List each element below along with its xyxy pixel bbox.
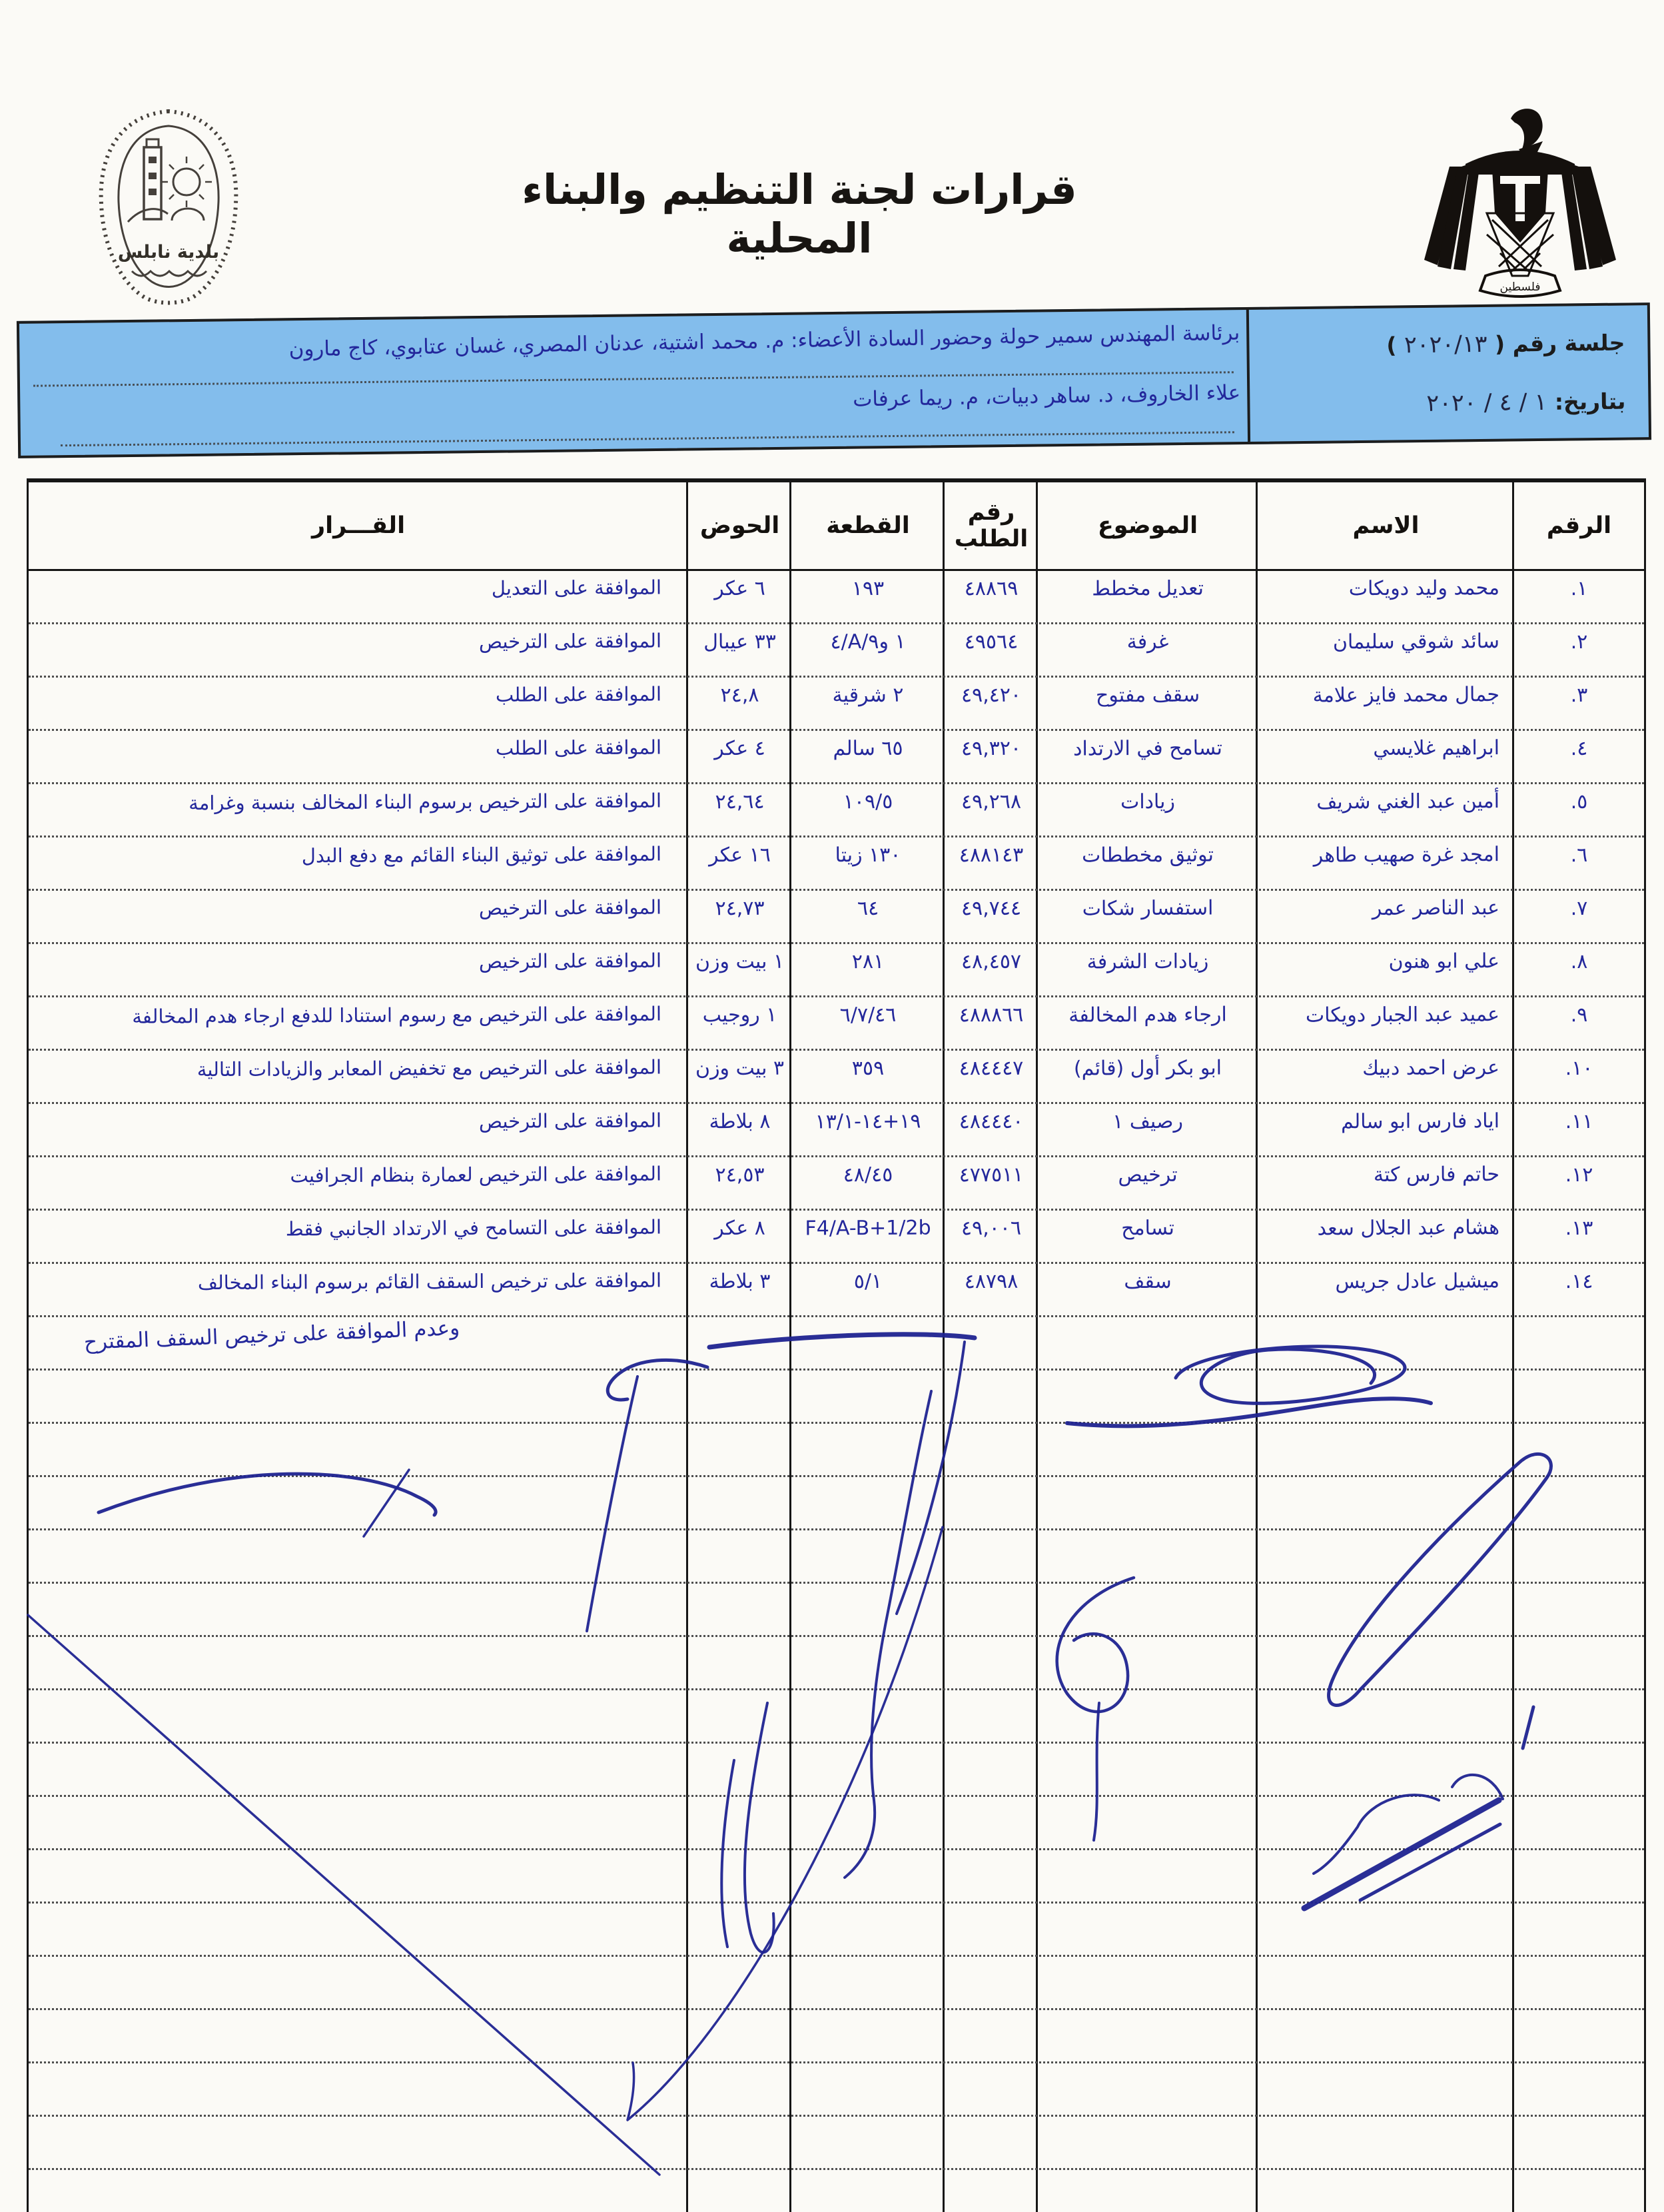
- cell-request_no: ٤٩,٣٢٠: [945, 729, 1038, 762]
- cell-num: ١٢.: [1514, 1155, 1644, 1187]
- table-row: ١٢.حاتم فارس كتةترخيص٤٧٧٥١١٤٨/٤٥٢٤,٥٣الم…: [29, 1155, 1644, 1211]
- cell-name: اياد فارس ابو سالم: [1243, 1101, 1514, 1135]
- table-row: ٩.عميد عبد الجبار دويكاتارجاء هدم المخال…: [29, 995, 1644, 1051]
- table-row: ١.محمد وليد دويكاتتعديل مخطط٤٨٨٦٩١٩٣٦ عك…: [29, 569, 1644, 624]
- cell-name: عرض احمد دبيك: [1243, 1048, 1514, 1081]
- ruled-dotline: [29, 2061, 1644, 2063]
- cell-name: ميشيل عادل جريس: [1243, 1261, 1514, 1295]
- band-divider: [1246, 310, 1250, 442]
- palestine-eagle-emblem: فلسطين: [1387, 99, 1653, 298]
- cell-request_no: ٤٨٨٨٦٦: [945, 995, 1038, 1028]
- ruled-dotline: [29, 1795, 1644, 1797]
- cell-num: ٨.: [1514, 941, 1644, 974]
- cell-subject: ترخيص: [1038, 1155, 1258, 1188]
- cell-plot: ٥/١: [791, 1261, 945, 1294]
- cell-subject: سقف: [1038, 1261, 1258, 1295]
- cell-decision: الموافقة على الطلب: [2, 727, 688, 762]
- cell-num: ١١.: [1514, 1101, 1644, 1134]
- eagle-icon: فلسطين: [1387, 99, 1653, 298]
- cell-request_no: ٤٩٥٦٤: [945, 622, 1038, 655]
- municipality-stamp-icon: بلدية نابلس: [79, 100, 258, 313]
- cell-basin: ١ بيت وزن: [688, 942, 791, 975]
- cell-num: ٦.: [1514, 835, 1644, 867]
- cell-request_no: ٤٨٤٤٤٠: [945, 1102, 1038, 1135]
- cell-name: جمال محمد فايز علامة: [1243, 675, 1514, 708]
- ruled-dotline: [29, 1902, 1644, 1904]
- cell-subject: استفسار شكات: [1038, 888, 1258, 921]
- cell-basin: ٦ عكر: [688, 569, 791, 602]
- table-row: ٣.جمال محمد فايز علامةسقف مفتوح٤٩,٤٢٠٢ ش…: [29, 676, 1644, 731]
- cell-plot: ٢٨١: [791, 941, 945, 974]
- cell-name: هشام عبد الجلال سعد: [1243, 1208, 1514, 1241]
- cell-decision: الموافقة على الترخيص مع رسوم استنادا للد…: [2, 993, 688, 1029]
- cell-num: ١٠.: [1514, 1048, 1644, 1081]
- cell-name: محمد وليد دويكات: [1243, 568, 1514, 602]
- cell-request_no: ٤٨٨٦٩: [945, 569, 1038, 602]
- cell-subject: تسامح: [1038, 1208, 1258, 1241]
- cell-basin: ٣٣ عيبال: [688, 622, 791, 655]
- cell-name: أمين عبد الغني شريف: [1243, 782, 1514, 815]
- table-row: ١٤.ميشيل عادل جريسسقف٤٨٧٩٨٥/١٣ بلاطةالمو…: [29, 1262, 1644, 1317]
- ruled-dotline: [29, 1688, 1644, 1690]
- cell-basin: ١٦ عكر: [688, 835, 791, 868]
- cell-decision: الموافقة على الترخيص برسوم البناء المخال…: [2, 780, 688, 816]
- ruled-dotline: [29, 1848, 1644, 1850]
- cell-plot: ٤٨/٤٥: [791, 1155, 945, 1187]
- cell-name: ابراهيم غلايسي: [1243, 728, 1514, 762]
- ruled-dotline: [29, 2008, 1644, 2010]
- cell-subject: تعديل مخطط: [1038, 568, 1258, 602]
- cell-decision: الموافقة على الترخيص لعمارة بنظام الجراف…: [2, 1153, 688, 1189]
- cell-request_no: ٤٩,٤٢٠: [945, 676, 1038, 708]
- cell-subject: تسامح في الارتداد: [1038, 728, 1258, 762]
- ruled-dotline: [29, 1742, 1644, 1744]
- cell-subject: ابو بكر أول (قائم): [1038, 1048, 1258, 1081]
- cell-basin: ٨ عكر: [688, 1209, 791, 1241]
- cell-decision: الموافقة على التعديل: [2, 567, 688, 602]
- scanned-document-page: بلدية نابلس قرارات لجنة التنظيم والبناء …: [0, 0, 1664, 2212]
- cell-basin: ٢٤,٧٣: [688, 889, 791, 921]
- cell-request_no: ٤٨٨١٤٣: [945, 835, 1038, 868]
- cell-request_no: ٤٩,٠٠٦: [945, 1209, 1038, 1241]
- cell-name: علي ابو هنون: [1243, 941, 1514, 975]
- ruled-dotline: [29, 1582, 1644, 1584]
- ruled-dotline: [29, 2115, 1644, 2117]
- cell-num: ٤.: [1514, 728, 1644, 761]
- cell-num: ٣.: [1514, 675, 1644, 708]
- cell-basin: ١ روجيب: [688, 995, 791, 1028]
- session-number-value: ٢٠٢٠/١٣: [1404, 331, 1487, 358]
- cell-request_no: ٤٨,٤٥٧: [945, 942, 1038, 975]
- attendees-line-2: علاء الخاروف، د. ساهر دبيات، م. ريما عرف…: [24, 381, 1240, 426]
- cell-plot: ٢ شرقية: [791, 675, 945, 708]
- eagle-caption: فلسطين: [1500, 280, 1541, 294]
- session-info: جلسة رقم ( ٢٠٢٠/١٣ ) بتاريخ: ١ / ٤ / ٢٠٢…: [1250, 305, 1649, 442]
- cell-plot: ٦٤: [791, 888, 945, 921]
- cell-num: ١٤.: [1514, 1261, 1644, 1294]
- table-row: ٨.علي ابو هنونزيادات الشرفة٤٨,٤٥٧٢٨١١ بي…: [29, 942, 1644, 997]
- cell-basin: ٨ بلاطة: [688, 1102, 791, 1135]
- cell-name: حاتم فارس كتة: [1243, 1155, 1514, 1188]
- cell-decision: الموافقة على التسامح في الارتداد الجانبي…: [2, 1207, 688, 1242]
- ruled-dotline: [29, 1528, 1644, 1530]
- header-name: الاسم: [1258, 482, 1514, 569]
- table-row: ٤.ابراهيم غلايسيتسامح في الارتداد٤٩,٣٢٠٦…: [29, 729, 1644, 784]
- attendees-line-1: برئاسة المهندس سمير حولة وحضور السادة ال…: [23, 321, 1240, 366]
- cell-basin: ٢٤,٨: [688, 676, 791, 708]
- cell-name: عبد الناصر عمر: [1243, 888, 1514, 921]
- cell-request_no: ٤٧٧٥١١: [945, 1155, 1038, 1188]
- table-row: ٧.عبد الناصر عمراستفسار شكات٤٩,٧٤٤٦٤٢٤,٧…: [29, 889, 1644, 944]
- cell-plot: ١٠٩/٥: [791, 782, 945, 814]
- session-number-label: جلسة رقم (: [1495, 330, 1625, 357]
- cell-num: ١.: [1514, 568, 1644, 601]
- table-row: ٦.امجد غرة صهيب طاهرتوثيق مخططات٤٨٨١٤٣١٣…: [29, 835, 1644, 891]
- cell-request_no: ٤٩,٢٦٨: [945, 782, 1038, 815]
- session-date-label: بتاريخ:: [1555, 388, 1626, 415]
- session-band: جلسة رقم ( ٢٠٢٠/١٣ ) بتاريخ: ١ / ٤ / ٢٠٢…: [17, 302, 1651, 458]
- ruled-dotline: [29, 1369, 1644, 1371]
- cell-plot: ١ و٩/A/٤: [791, 622, 945, 654]
- attendees-area: برئاسة المهندس سمير حولة وحضور السادة ال…: [19, 310, 1245, 456]
- table-row: ١٣.هشام عبد الجلال سعدتسامح٤٩,٠٠٦F4/A-B+…: [29, 1209, 1644, 1264]
- header-decision: القـــرار: [29, 482, 688, 569]
- cell-request_no: ٤٩,٧٤٤: [945, 889, 1038, 921]
- ruled-dotline: [29, 2168, 1644, 2170]
- cell-request_no: ٤٨٧٩٨: [945, 1262, 1038, 1295]
- cell-subject: ارجاء هدم المخالفة: [1038, 995, 1258, 1028]
- header-subject: الموضوع: [1038, 482, 1258, 569]
- session-date-line: بتاريخ: ١ / ٤ / ٢٠٢٠: [1426, 388, 1625, 417]
- cell-decision: الموافقة على ترخيص السقف القائم برسوم ال…: [2, 1260, 688, 1295]
- continuation-note: وعدم الموافقة على ترخيص السقف المقترح: [75, 1316, 469, 1355]
- table-row: ٥.أمين عبد الغني شريفزيادات٤٩,٢٦٨١٠٩/٥٢٤…: [29, 782, 1644, 837]
- cell-num: ٥.: [1514, 782, 1644, 814]
- cell-decision: الموافقة على الترخيص: [2, 620, 688, 656]
- cell-plot: F4/A-B+1/2b: [791, 1208, 945, 1241]
- cell-subject: زيادات الشرفة: [1038, 941, 1258, 975]
- header-number: الرقم: [1514, 482, 1644, 569]
- cell-name: سائد شوقي سليمان: [1243, 622, 1514, 655]
- cell-plot: ٦/٧/٤٦: [791, 995, 945, 1027]
- cell-subject: توثيق مخططات: [1038, 835, 1258, 868]
- cell-subject: غرفة: [1038, 622, 1258, 655]
- header-basin: الحوض: [688, 482, 791, 569]
- cell-decision: الموافقة على توثيق البناء القائم مع دفع …: [2, 833, 688, 869]
- ruled-dotline: [29, 1955, 1644, 1957]
- cell-basin: ٣ بلاطة: [688, 1262, 791, 1295]
- session-number-line: جلسة رقم ( ٢٠٢٠/١٣ ): [1386, 330, 1625, 359]
- cell-decision: الموافقة على الترخيص: [2, 887, 688, 922]
- cell-decision: الموافقة على الطلب: [2, 674, 688, 709]
- cell-basin: ٣ بيت وزن: [688, 1049, 791, 1081]
- session-date-value: ١ / ٤ / ٢٠٢٠: [1426, 389, 1547, 417]
- cell-basin: ٤ عكر: [688, 729, 791, 762]
- table-row: ١١.اياد فارس ابو سالمرصيف ١٤٨٤٤٤٠١٩+١٤-١…: [29, 1102, 1644, 1157]
- cell-plot: ٦٥ سالم: [791, 728, 945, 761]
- municipality-stamp: بلدية نابلس: [79, 100, 258, 313]
- cell-request_no: ٤٨٤٤٤٧: [945, 1049, 1038, 1081]
- header-request-no: رقم الطلب: [945, 482, 1038, 569]
- cell-name: امجد غرة صهيب طاهر: [1243, 835, 1514, 868]
- ruled-dotline: [29, 1422, 1644, 1424]
- session-number-close: ): [1386, 332, 1397, 358]
- cell-plot: ١٩٣: [791, 568, 945, 601]
- cell-subject: رصيف ١: [1038, 1101, 1258, 1135]
- cell-num: ٧.: [1514, 888, 1644, 921]
- cell-num: ١٣.: [1514, 1208, 1644, 1241]
- cell-num: ٩.: [1514, 995, 1644, 1027]
- cell-name: عميد عبد الجبار دويكات: [1243, 995, 1514, 1028]
- stamp-text: بلدية نابلس: [118, 242, 219, 263]
- cell-plot: ١٣٠ زيتا: [791, 835, 945, 867]
- decisions-table: الرقم الاسم الموضوع رقم الطلب القطعة الح…: [27, 478, 1646, 2212]
- header-plot: القطعة: [791, 482, 945, 569]
- ruled-dotline: [29, 1635, 1644, 1637]
- cell-decision: الموافقة على الترخيص: [2, 940, 688, 975]
- cell-subject: زيادات: [1038, 782, 1258, 815]
- cell-plot: ١٩+١٤-١٣/١: [791, 1101, 945, 1134]
- ruled-dotline: [61, 431, 1234, 446]
- ruled-dotline: [29, 1475, 1644, 1477]
- page-title: قرارات لجنة التنظيم والبناء المحلية: [506, 165, 1092, 263]
- table-row: ١٠.عرض احمد دبيكابو بكر أول (قائم)٤٨٤٤٤٧…: [29, 1049, 1644, 1104]
- cell-decision: الموافقة على الترخيص: [2, 1100, 688, 1135]
- cell-basin: ٢٤,٥٣: [688, 1155, 791, 1188]
- table-row: ٢.سائد شوقي سليمانغرفة٤٩٥٦٤١ و٩/A/٤٣٣ عي…: [29, 622, 1644, 678]
- cell-plot: ٣٥٩: [791, 1048, 945, 1081]
- cell-basin: ٢٤,٦٤: [688, 782, 791, 815]
- cell-subject: سقف مفتوح: [1038, 675, 1258, 708]
- cell-num: ٢.: [1514, 622, 1644, 654]
- cell-decision: الموافقة على الترخيص مع تخفيض المعابر وا…: [2, 1047, 688, 1082]
